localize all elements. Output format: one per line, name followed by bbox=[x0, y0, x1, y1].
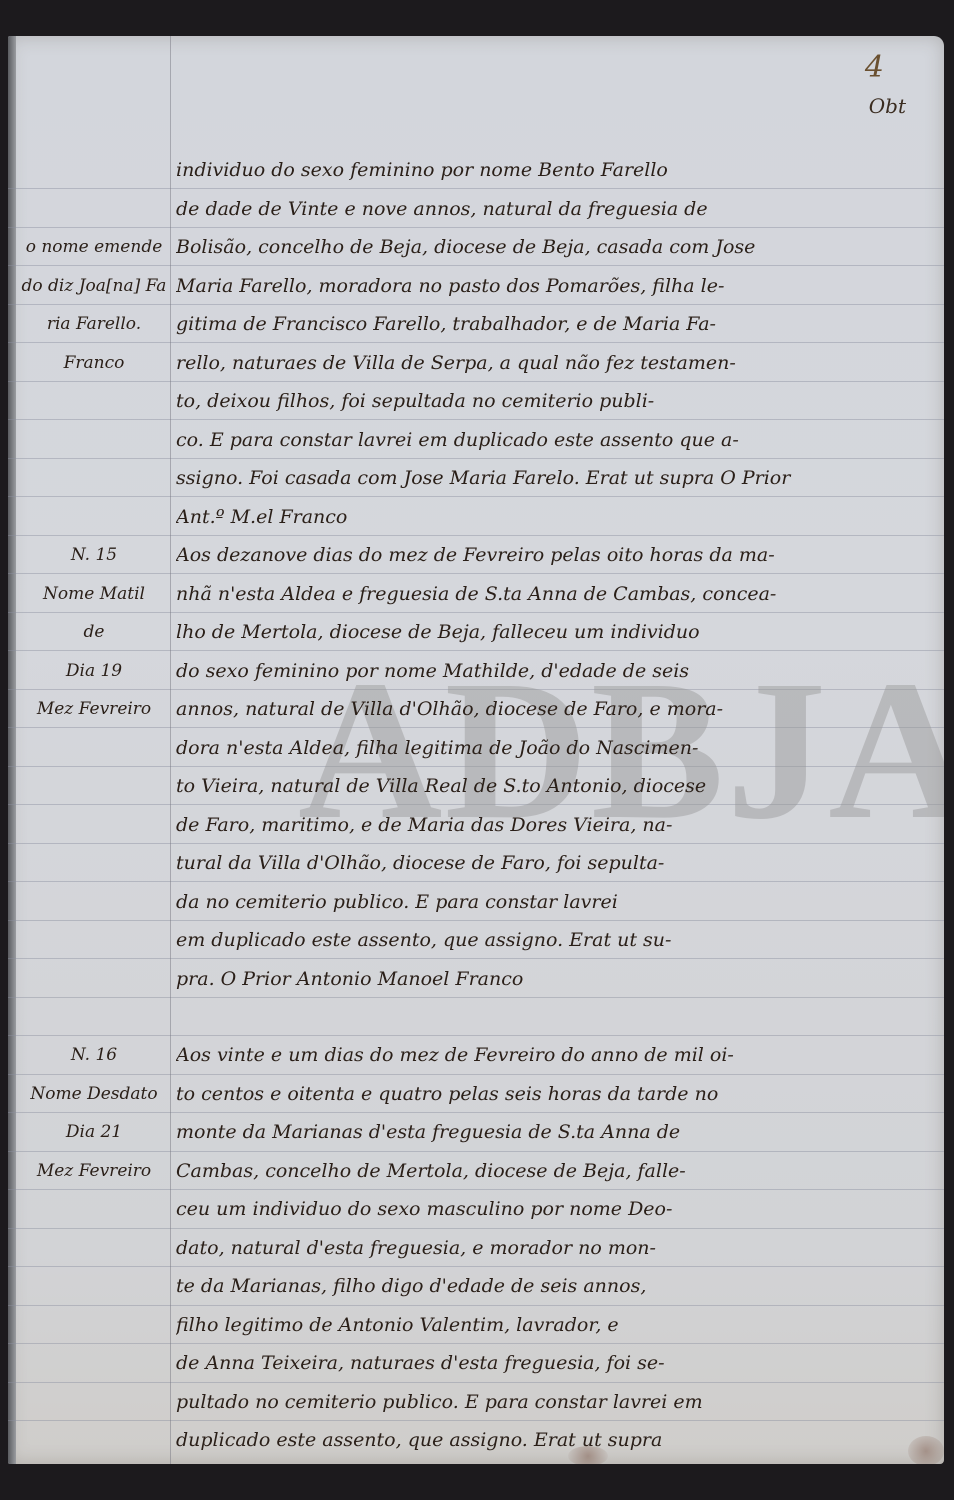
margin-note-entry-14: o nome emende do diz Joa[na] Fa ria Fare… bbox=[20, 228, 168, 382]
text-line: to, deixou filhos, foi sepultada no cemi… bbox=[176, 382, 936, 421]
text-line: Maria Farello, moradora no pasto dos Pom… bbox=[176, 267, 936, 306]
text-line: ssigno. Foi casada com Jose Maria Farelo… bbox=[176, 459, 936, 498]
text-line: individuo do sexo feminino por nome Bent… bbox=[176, 151, 936, 190]
margin-rule bbox=[170, 36, 171, 1464]
entry-16-text: Aos vinte e um dias do mez de Fevreiro d… bbox=[176, 1036, 936, 1464]
text-line: de Anna Teixeira, naturaes d'esta fregue… bbox=[176, 1344, 936, 1383]
ink-stain bbox=[908, 1436, 944, 1464]
entry-name: Nome Matil bbox=[20, 575, 168, 614]
entry-number: N. 15 bbox=[20, 536, 168, 575]
text-line: to centos e oitenta e quatro pelas seis … bbox=[176, 1075, 936, 1114]
page-binding-edge bbox=[8, 36, 16, 1464]
text-line: duplicado este assento, que assigno. Era… bbox=[176, 1421, 936, 1460]
text-line: rello, naturaes de Villa de Serpa, a qua… bbox=[176, 344, 936, 383]
margin-line: Franco bbox=[20, 344, 168, 383]
entry-name: Nome Desdato bbox=[20, 1075, 168, 1114]
text-line: pultado no cemiterio publico. E para con… bbox=[176, 1383, 936, 1422]
entry-number: N. 16 bbox=[20, 1036, 168, 1075]
folio-annotation: Obt bbox=[869, 94, 906, 118]
folio-number: 4 bbox=[865, 50, 884, 85]
signature-line: O Prior Antonio Manoel Franco bbox=[176, 1460, 936, 1465]
entry-14-text: individuo do sexo feminino por nome Bent… bbox=[176, 151, 936, 536]
text-line: monte da Marianas d'esta freguesia de S.… bbox=[176, 1113, 936, 1152]
margin-line: ria Farello. bbox=[20, 305, 168, 344]
text-line: de Faro, maritimo, e de Maria das Dores … bbox=[176, 806, 936, 845]
margin-line: o nome emende bbox=[20, 228, 168, 267]
text-line: lho de Mertola, diocese de Beja, fallece… bbox=[176, 613, 936, 652]
text-line: de dade de Vinte e nove annos, natural d… bbox=[176, 190, 936, 229]
text-line: gitima de Francisco Farello, trabalhador… bbox=[176, 305, 936, 344]
ink-stain bbox=[568, 1446, 608, 1464]
margin-note-entry-16: N. 16 Nome Desdato Dia 21 Mez Fevreiro bbox=[20, 1036, 168, 1190]
text-line: nhã n'esta Aldea e freguesia de S.ta Ann… bbox=[176, 575, 936, 614]
signature-line: pra. O Prior Antonio Manoel Franco bbox=[176, 960, 936, 999]
text-line: annos, natural de Villa d'Olhão, diocese… bbox=[176, 690, 936, 729]
margin-line: do diz Joa[na] Fa bbox=[20, 267, 168, 306]
text-line: tural da Villa d'Olhão, diocese de Faro,… bbox=[176, 844, 936, 883]
entry-month: Mez Fevreiro bbox=[20, 690, 168, 729]
text-line: Aos vinte e um dias do mez de Fevreiro d… bbox=[176, 1036, 936, 1075]
signature-line: Ant.º M.el Franco bbox=[176, 498, 936, 537]
text-line: da no cemiterio publico. E para constar … bbox=[176, 883, 936, 922]
entry-month: Mez Fevreiro bbox=[20, 1152, 168, 1191]
text-line: em duplicado este assento, que assigno. … bbox=[176, 921, 936, 960]
text-line: dora n'esta Aldea, filha legitima de Joã… bbox=[176, 729, 936, 768]
margin-note-entry-15: N. 15 Nome Matil de Dia 19 Mez Fevreiro bbox=[20, 536, 168, 729]
text-line: do sexo feminino por nome Mathilde, d'ed… bbox=[176, 652, 936, 691]
entry-day: Dia 19 bbox=[20, 652, 168, 691]
register-page: ADBJA 4 Obt o nome emende do diz Joa[na]… bbox=[8, 36, 944, 1464]
text-line: te da Marianas, filho digo d'edade de se… bbox=[176, 1267, 936, 1306]
text-line: Aos dezanove dias do mez de Fevreiro pel… bbox=[176, 536, 936, 575]
text-line: dato, natural d'esta freguesia, e morado… bbox=[176, 1229, 936, 1268]
entry-day: Dia 21 bbox=[20, 1113, 168, 1152]
text-line: co. E para constar lavrei em duplicado e… bbox=[176, 421, 936, 460]
text-line: Cambas, concelho de Mertola, diocese de … bbox=[176, 1152, 936, 1191]
text-line: ceu um individuo do sexo masculino por n… bbox=[176, 1190, 936, 1229]
text-line: Bolisão, concelho de Beja, diocese de Be… bbox=[176, 228, 936, 267]
text-line: to Vieira, natural de Villa Real de S.to… bbox=[176, 767, 936, 806]
entry-15-text: Aos dezanove dias do mez de Fevreiro pel… bbox=[176, 536, 936, 998]
entry-name-cont: de bbox=[20, 613, 168, 652]
text-line: filho legitimo de Antonio Valentim, lavr… bbox=[176, 1306, 936, 1345]
